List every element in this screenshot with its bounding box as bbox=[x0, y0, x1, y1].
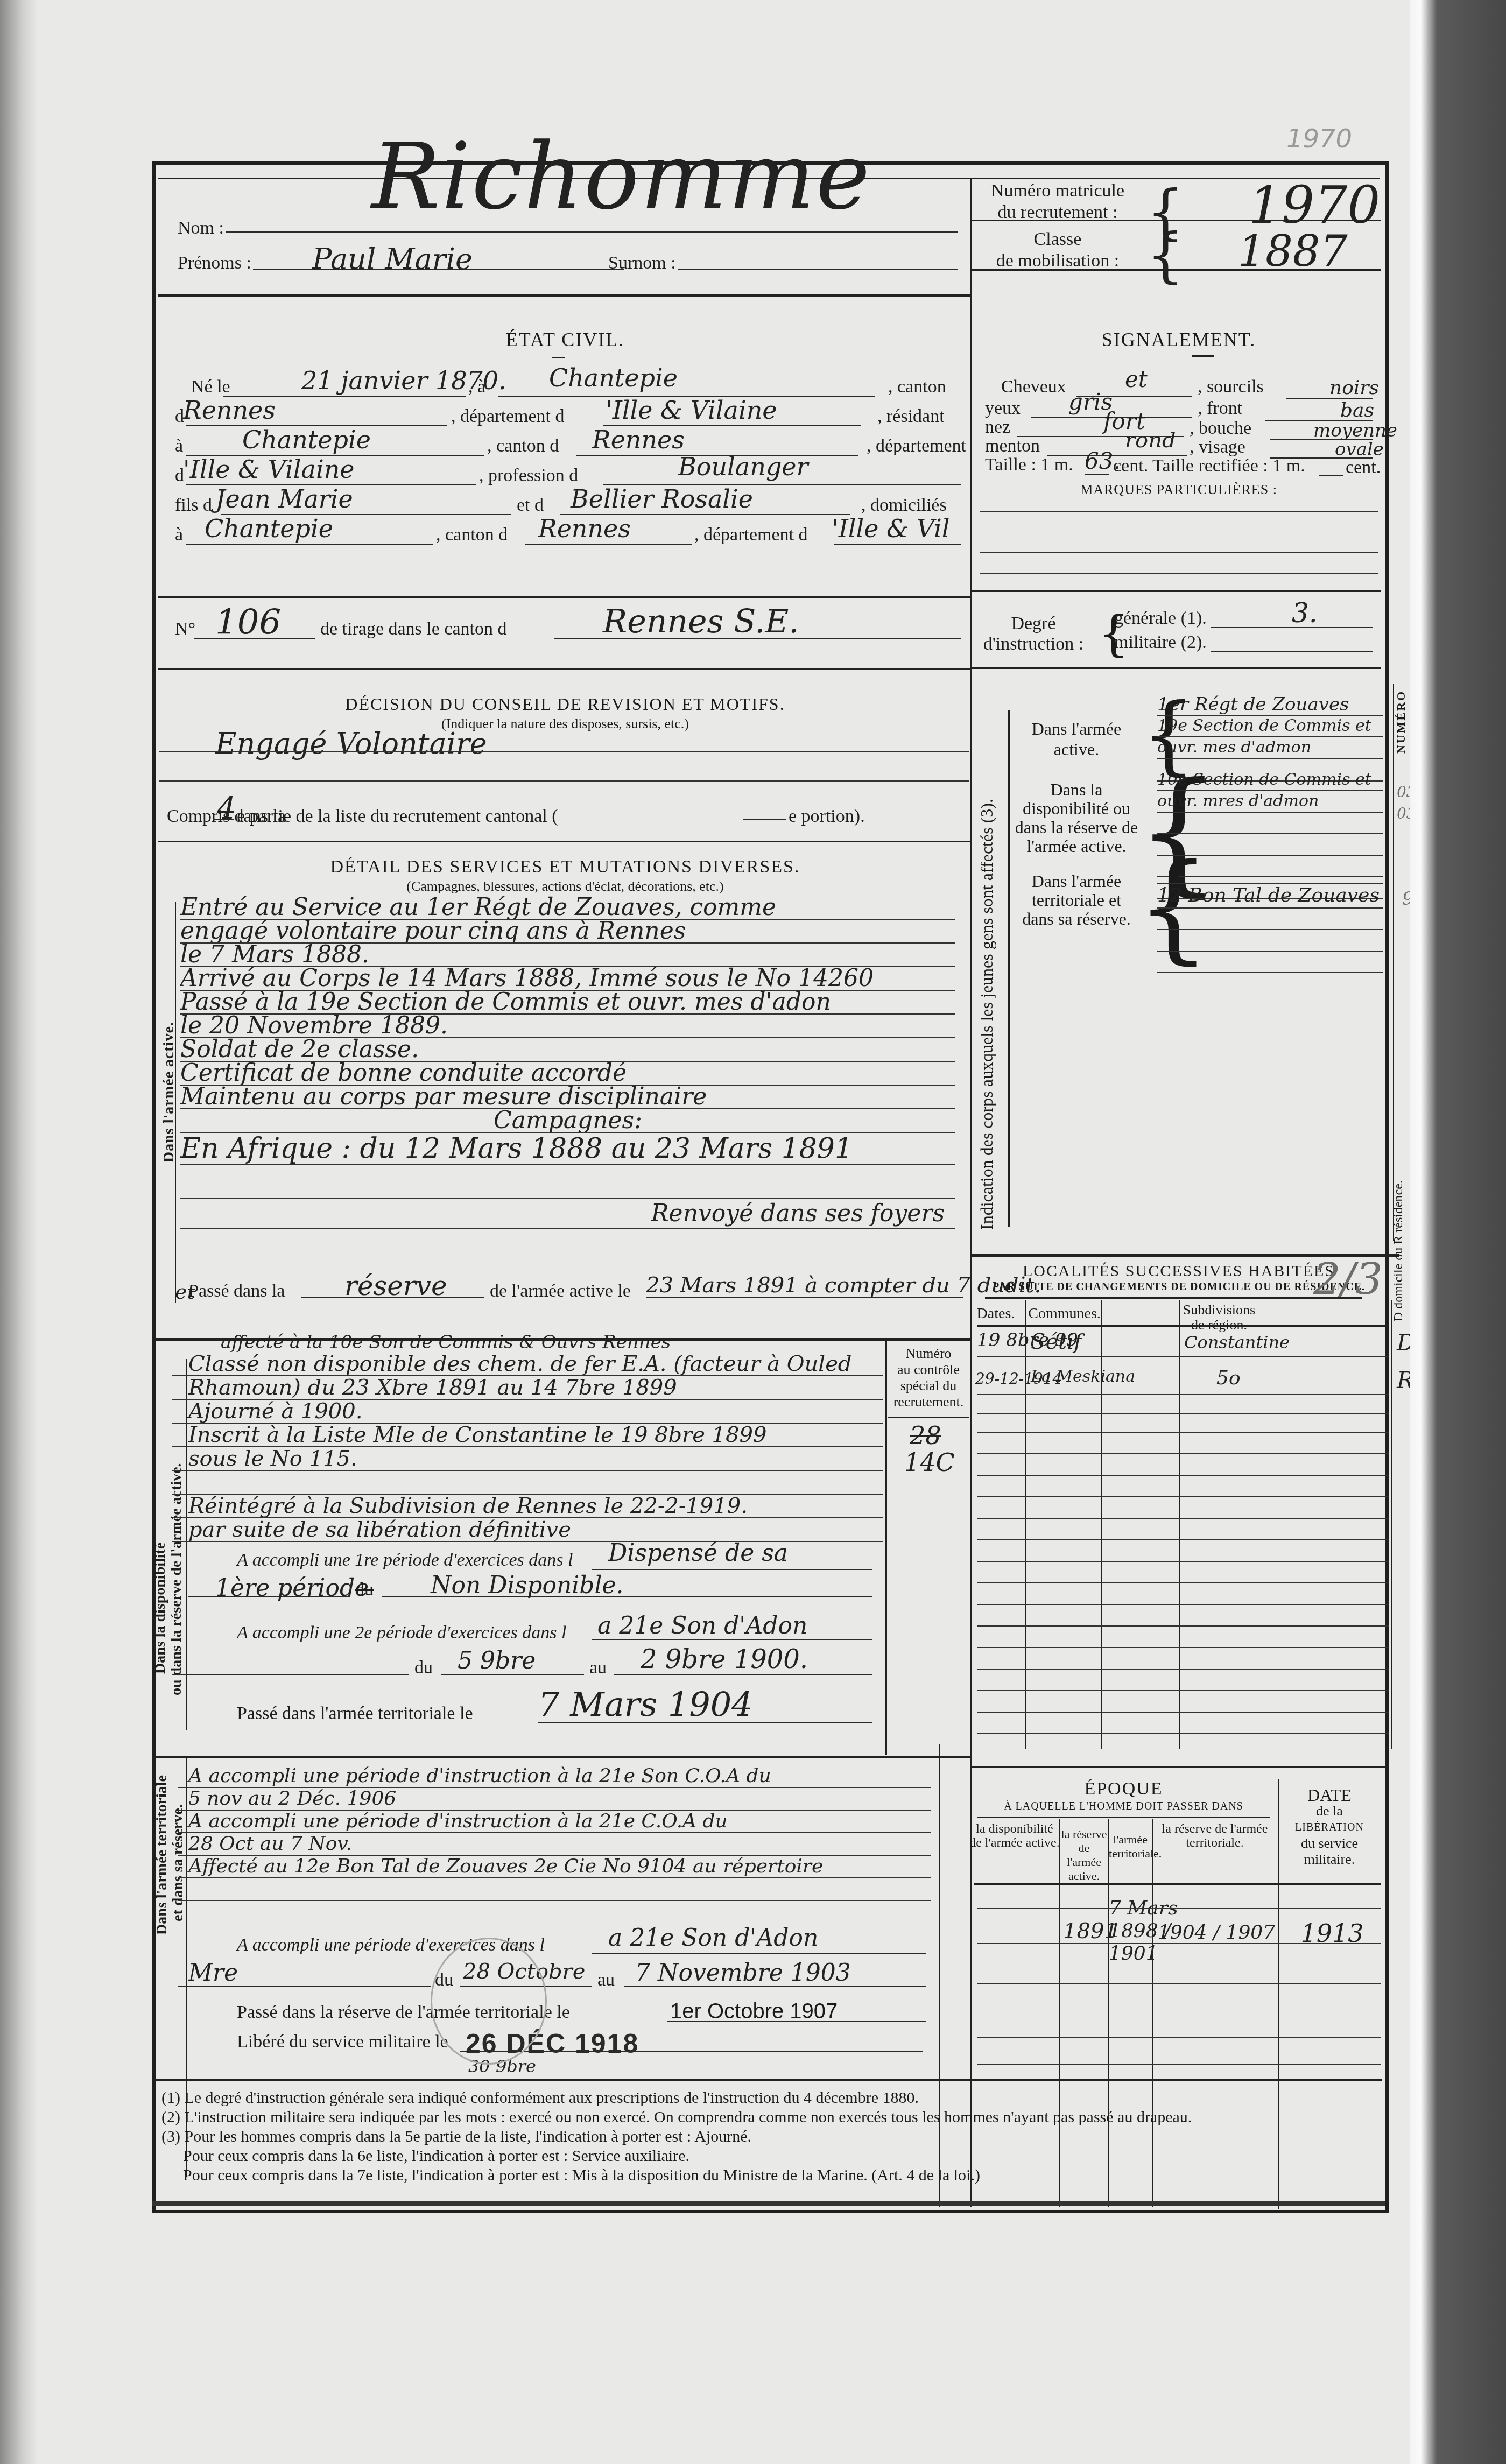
localites-row-line bbox=[977, 1413, 1389, 1414]
corps-territoriale-label: Dans l'armée territoriale et dans sa rés… bbox=[1015, 872, 1138, 928]
disponibilite-side-label-1: Dans la disponibilité bbox=[152, 1543, 169, 1674]
localites-communes-header: Communes. bbox=[1028, 1305, 1101, 1322]
footnote-3c: Pour ceux compris dans la 7e liste, l'in… bbox=[161, 2166, 1373, 2185]
localites-row-line bbox=[977, 1539, 1389, 1540]
classe-label: Classe de mobilisation : bbox=[977, 229, 1138, 272]
localites-row-line bbox=[977, 1432, 1389, 1433]
epoque-col-1-header: la disponibilité de l'armée active. bbox=[969, 1822, 1060, 1850]
epoque-row-line bbox=[977, 1943, 1381, 1944]
corps-side-label: Indication des corps auxquels les jeunes… bbox=[977, 799, 997, 1230]
conseil-bottom-rule bbox=[158, 841, 970, 842]
footnote-3b: Pour ceux compris dans la 6e liste, l'in… bbox=[161, 2146, 1373, 2166]
numero-controle-header-line: recrutement. bbox=[888, 1394, 969, 1410]
classe-brace: { bbox=[1146, 221, 1184, 290]
signalement-dash bbox=[1192, 355, 1214, 357]
corps-disponibilite-entry: 10e Section de Commis et bbox=[1157, 770, 1383, 791]
prenoms-value: Paul Marie bbox=[312, 242, 473, 276]
disponibilite-line: Classé non disponible des chem. de fer E… bbox=[172, 1353, 883, 1376]
canton3-label: , canton d bbox=[436, 525, 508, 545]
localites-col-divider-4 bbox=[1391, 1300, 1392, 1749]
localites-row-1-commune: Sétif bbox=[1031, 1329, 1098, 1354]
taille-rectifiee-line bbox=[1319, 475, 1343, 476]
periode2-blank-line bbox=[172, 1674, 409, 1675]
services-line: le 20 Novembre 1889. bbox=[180, 1015, 955, 1038]
taille-label: Taille : 1 m. bbox=[985, 455, 1073, 475]
column-divider bbox=[970, 178, 972, 2207]
surnom-line bbox=[678, 269, 958, 270]
compris-label-2: e partie de la liste du recrutement cant… bbox=[237, 806, 558, 827]
cheveux-value: et bbox=[1125, 366, 1148, 392]
tirage-numero-value: 106 bbox=[215, 603, 281, 643]
localites-row-line bbox=[977, 1475, 1389, 1476]
localites-row-2-date: 29-12-1914 bbox=[975, 1370, 1026, 1388]
domicilies-label: , domiciliés bbox=[861, 495, 947, 516]
territoriale-line: 28 Oct au 7 Nov. bbox=[178, 1833, 931, 1856]
corps-disponibilite-blank bbox=[1157, 813, 1383, 834]
territoriale-periode-value: a 21e Son d'Adon bbox=[608, 1924, 818, 1952]
signalement-heading: SIGNALEMENT. bbox=[974, 328, 1383, 351]
localites-subdivisions-header: Subdivisions de région. bbox=[1181, 1303, 1257, 1333]
visage-label: , visage bbox=[1190, 437, 1245, 457]
services-line: Entré au Service au 1er Régt de Zouaves,… bbox=[180, 896, 955, 920]
instruction-label-line1: Degré bbox=[980, 614, 1087, 634]
epoque-value-reserve-active: 1891 bbox=[1063, 1919, 1109, 1944]
corps-active-entry: 19e Section de Commis et bbox=[1157, 716, 1383, 737]
profession-label: , profession d bbox=[479, 466, 578, 486]
localites-type-header: D domicile ou R résidence. bbox=[1391, 1214, 1406, 1321]
nez-label: nez bbox=[985, 417, 1010, 438]
periode1-value: Dispensé de sa bbox=[608, 1539, 788, 1567]
nom-label: Nom : bbox=[178, 218, 224, 238]
passe-label2: de l'armée active le bbox=[490, 1281, 631, 1301]
tirage-canton-value: Rennes S.E. bbox=[603, 603, 799, 640]
disponibilite-lines: affecté à la 10e Son de Commis & Ouvrs R… bbox=[172, 1332, 883, 1542]
services-heading: DÉTAIL DES SERVICES ET MUTATIONS DIVERSE… bbox=[161, 857, 969, 877]
localites-row-line bbox=[977, 1712, 1389, 1713]
domicile-parents-value: Chantepie bbox=[205, 514, 333, 543]
controle-divider bbox=[885, 1340, 887, 1755]
localites-row-line bbox=[977, 1453, 1389, 1454]
instruction-generale-value: 3. bbox=[1292, 597, 1318, 629]
services-line: Passé à la 19e Section de Commis et ouvr… bbox=[180, 991, 955, 1015]
periode1-label: A accompli une 1re période d'exercices d… bbox=[237, 1550, 573, 1571]
numero-controle-rule bbox=[888, 1417, 969, 1418]
ne-le-label: Né le bbox=[191, 377, 230, 397]
disponibilite-line: Rhamoun) du 23 Xbre 1891 au 14 7bre 1899 bbox=[172, 1376, 883, 1400]
matricule-label: Numéro matricule du recrutement : bbox=[977, 180, 1138, 223]
territoriale-passe-date: 7 Mars 1904 bbox=[538, 1685, 753, 1724]
localites-flourish bbox=[985, 1297, 1362, 1299]
localites-row-line bbox=[977, 1690, 1389, 1691]
etat-civil-heading: ÉTAT CIVIL. bbox=[161, 328, 969, 351]
corps-territoriale-blank bbox=[1157, 930, 1383, 952]
localites-row-1-date: 19 8bre 99 bbox=[977, 1329, 1025, 1351]
tirage-label: de tirage dans le canton d bbox=[320, 619, 506, 639]
localites-row-line bbox=[977, 1582, 1389, 1583]
fils-label: fils d bbox=[175, 495, 212, 516]
departement-label: , département d bbox=[451, 406, 565, 427]
instruction-bottom-rule bbox=[972, 667, 1381, 669]
matricule-label-line1: Numéro matricule bbox=[977, 180, 1138, 202]
footnote-3: (3) Pour les hommes compris dans la 5e p… bbox=[161, 2127, 1373, 2146]
epoque-row-line bbox=[977, 2064, 1381, 2065]
disponibilite-line: affecté à la 10e Son de Commis & Ouvrs R… bbox=[172, 1332, 883, 1353]
front-value: bas bbox=[1340, 399, 1374, 421]
localites-row-2-subdivision: 5o bbox=[1216, 1367, 1241, 1389]
localites-row-line bbox=[977, 1394, 1389, 1395]
localites-bottom-rule bbox=[972, 1766, 1386, 1768]
page-pencil-number: 1970 bbox=[1286, 124, 1352, 154]
footnote-1: (1) Le degré d'instruction générale sera… bbox=[161, 2088, 1373, 2108]
page-binding bbox=[0, 0, 38, 2464]
periode2-du-label: du bbox=[414, 1658, 433, 1678]
partie-value: 4 bbox=[217, 791, 236, 826]
territoriale-periode-line2-value: Mre bbox=[188, 1959, 238, 1987]
localites-row-line bbox=[977, 1496, 1389, 1497]
services-line: En Afrique : du 12 Mars 1888 au 23 Mars … bbox=[180, 1132, 955, 1165]
territoriale-line: Affecté au 12e Bon Tal de Zouaves 2e Cie… bbox=[178, 1856, 931, 1878]
territoriale-lines: A accompli une période d'instruction à l… bbox=[178, 1765, 931, 1901]
marques-line-2 bbox=[980, 552, 1378, 553]
epoque-flourish bbox=[977, 1817, 1270, 1818]
epoque-header-rule bbox=[974, 1883, 1381, 1885]
liberation-header-line: de la bbox=[1281, 1803, 1378, 1819]
sourcils-label: , sourcils bbox=[1198, 377, 1264, 397]
services-line: Certificat de bonne conduite accordé bbox=[180, 1062, 955, 1086]
canton-label: , canton bbox=[888, 377, 946, 397]
services-subheading: (Campagnes, blessures, actions d'éclat, … bbox=[161, 878, 969, 895]
periode1-line bbox=[592, 1569, 872, 1570]
liberation-header-line: LIBÉRATION bbox=[1281, 1819, 1378, 1835]
tirage-no-label: N° bbox=[175, 619, 195, 639]
numero-controle-header-line: au contrôle bbox=[888, 1362, 969, 1378]
taille-cent-label: cent. Taille rectifiée : 1 m. bbox=[1113, 456, 1305, 476]
nom-value: Richomme bbox=[371, 124, 871, 230]
classe-label-line1: Classe bbox=[977, 229, 1138, 250]
numero-repertoire-header-1: NUMÉRO bbox=[1394, 690, 1408, 754]
classe-rule bbox=[972, 269, 1381, 271]
disponibilite-line: Réintégré à la Subdivision de Rennes le … bbox=[172, 1495, 883, 1518]
departement-parents-value: 'Ille & Vil bbox=[832, 514, 950, 543]
periode1-du-label: du bbox=[355, 1580, 374, 1600]
visage-value: ovale bbox=[1335, 439, 1384, 460]
marques-line-3 bbox=[980, 573, 1378, 574]
numero-controle-header-line: Numéro bbox=[888, 1346, 969, 1362]
localites-col-divider-3 bbox=[1179, 1300, 1180, 1749]
conseil-line-1 bbox=[159, 751, 969, 752]
localites-row-1-subdivision: Constantine bbox=[1184, 1332, 1281, 1353]
instruction-militaire-label: militaire (2). bbox=[1114, 632, 1207, 653]
corps-territoriale-blank bbox=[1157, 867, 1383, 884]
instruction-militaire-line bbox=[1211, 651, 1373, 652]
canton-parents-value: Rennes bbox=[538, 514, 631, 543]
compris-label-3: e portion). bbox=[789, 806, 865, 827]
localites-row-line bbox=[977, 1647, 1389, 1648]
territoriale-periode-line bbox=[592, 1953, 926, 1954]
disponibilite-bottom-rule bbox=[152, 1756, 970, 1758]
canton2-label: , canton d bbox=[487, 436, 559, 456]
epoque-col-3-header: l'armée territoriale. bbox=[1109, 1833, 1152, 1861]
corps-disponibilite-label: Dans la disponibilité ou dans la réserve… bbox=[1012, 780, 1141, 856]
localites-dates-header: Dates. bbox=[963, 1305, 1028, 1322]
epoque-col-4-header: la réserve de l'armée territoriale. bbox=[1153, 1822, 1277, 1850]
a3-label: à bbox=[175, 525, 183, 545]
cheveux-label: Cheveux bbox=[1001, 377, 1066, 397]
bouche-value: moyenne bbox=[1313, 420, 1397, 441]
mere-value: Bellier Rosalie bbox=[571, 484, 753, 513]
residence-value: Chantepie bbox=[242, 425, 371, 454]
numero-controle-header: Numéro au contrôle spécial du recrutemen… bbox=[888, 1346, 969, 1410]
territoriale-blank-line bbox=[178, 1878, 931, 1901]
a-label: , à bbox=[468, 377, 485, 397]
services-line: Campagnes: bbox=[180, 1109, 955, 1132]
epoque-value-reserve-territoriale: 1904 / 1907 bbox=[1157, 1921, 1276, 1944]
register-page: 1970 Nom : Richomme Prénoms : Paul Marie… bbox=[0, 0, 1410, 2464]
liberation-header-line: militaire. bbox=[1281, 1851, 1378, 1868]
profession-value: Boulanger bbox=[678, 452, 808, 481]
passe-value: réserve bbox=[344, 1270, 447, 1301]
departement-parents-line bbox=[834, 544, 961, 545]
front-label: , front bbox=[1198, 398, 1242, 419]
localites-row-line bbox=[977, 1733, 1389, 1734]
departement2-label: , département bbox=[867, 436, 966, 456]
periode2-au-label: au bbox=[589, 1658, 607, 1678]
corps-disponibilite-entry: ouvr. mres d'admon bbox=[1157, 791, 1383, 813]
epoque-row-line bbox=[977, 1983, 1381, 1984]
surnom-label: Surnom : bbox=[608, 253, 676, 273]
page-bottom-border bbox=[152, 2201, 1385, 2206]
numero-controle-value-2: 14C bbox=[904, 1448, 955, 1477]
epoque-row-line bbox=[977, 1908, 1381, 1909]
localites-header-rule bbox=[977, 1325, 1389, 1327]
pere-value: Jean Marie bbox=[215, 484, 353, 513]
departement3-label: , département d bbox=[694, 525, 808, 545]
corps-side-bracket bbox=[1008, 710, 1010, 1227]
periode1-line2b-value: Non Disponible. bbox=[431, 1572, 624, 1599]
disponibilite-line: sous le No 115. bbox=[172, 1447, 883, 1471]
scanner-shadow bbox=[1410, 0, 1506, 2464]
instruction-label-line2: d'instruction : bbox=[980, 634, 1087, 654]
et-label: et d bbox=[517, 495, 544, 516]
identity-bottom-rule bbox=[158, 294, 970, 297]
territoriale-side-label-1: Dans l'armée territoriale bbox=[153, 1775, 171, 1935]
instruction-generale-label: générale (1). bbox=[1114, 608, 1207, 629]
canton-residence-value: Rennes bbox=[592, 425, 685, 454]
residant-label: , résidant bbox=[877, 406, 945, 427]
localites-col-divider-1 bbox=[1025, 1300, 1026, 1749]
domicile-parents-line bbox=[186, 544, 433, 545]
services-line: Renvoyé dans ses foyers bbox=[180, 1199, 955, 1229]
epoque-row-line bbox=[977, 2037, 1381, 2038]
epoque-col-2-header: la réserve de l'armée active. bbox=[1060, 1827, 1108, 1883]
numero-controle-header-line: spécial du bbox=[888, 1378, 969, 1394]
services-line: Maintenu au corps par mesure disciplinai… bbox=[180, 1086, 955, 1109]
marques-heading: MARQUES PARTICULIÈRES : bbox=[974, 482, 1383, 498]
localites-row-line bbox=[977, 1561, 1389, 1562]
departement-residence-value: 'Ille & Vilaine bbox=[183, 455, 354, 484]
yeux-label: yeux bbox=[985, 398, 1021, 419]
corps-numero-divider bbox=[1393, 684, 1394, 1241]
territoriale-passe-label: Passé dans l'armée territoriale le bbox=[237, 1703, 473, 1724]
corps-territoriale-blank bbox=[1157, 952, 1383, 973]
liberation-header-line: du service bbox=[1281, 1835, 1378, 1851]
localites-row-line bbox=[977, 1604, 1389, 1605]
departement-value: 'Ille & Vilaine bbox=[606, 396, 777, 425]
corps-territoriale-entries: 12 Bon Tal de Zouaves bbox=[1157, 867, 1383, 973]
round-stamp bbox=[431, 1938, 547, 2065]
localites-row-line bbox=[977, 1356, 1389, 1357]
territoriale-reserve-date: 1er Octobre 1907 bbox=[670, 2000, 838, 2024]
territoriale-line: A accompli une période d'instruction à l… bbox=[178, 1811, 931, 1833]
numero-controle-value-1: 28 bbox=[910, 1421, 941, 1450]
corps-active-label: Dans l'armée active. bbox=[1015, 719, 1138, 759]
periode2-label: A accompli une 2e période d'exercices da… bbox=[237, 1623, 566, 1643]
localites-row-line bbox=[977, 1625, 1389, 1627]
territoriale-periode-to: 7 Novembre 1903 bbox=[635, 1959, 851, 1987]
periode2-from: 5 9bre bbox=[458, 1647, 536, 1674]
passe-label: Passé dans la bbox=[188, 1281, 285, 1301]
lieu-naissance-value: Chantepie bbox=[549, 363, 678, 392]
territoriale-periode-au-label: au bbox=[597, 1970, 615, 1990]
conseil-decision: Engagé Volontaire bbox=[215, 727, 487, 761]
conseil-heading: DÉCISION DU CONSEIL DE REVISION ET MOTIF… bbox=[161, 694, 969, 714]
services-line: engagé volontaire pour cinq ans à Rennes bbox=[180, 920, 955, 944]
cent-label: cent. bbox=[1346, 457, 1381, 478]
classe-label-line2: de mobilisation : bbox=[977, 250, 1138, 272]
canton-parents-line bbox=[525, 544, 692, 545]
services-lines: Entré au Service au 1er Régt de Zouaves,… bbox=[180, 896, 955, 1229]
a2-label: à bbox=[175, 436, 183, 456]
liberation-header: DATE de la LIBÉRATION du service militai… bbox=[1281, 1787, 1378, 1868]
canton-value: Rennes bbox=[183, 396, 276, 425]
menton-value: rond bbox=[1125, 428, 1176, 453]
disponibilite-line bbox=[172, 1471, 883, 1495]
marques-line-1 bbox=[980, 511, 1378, 512]
top-inner-rule bbox=[158, 178, 1380, 179]
corps-territoriale-entry: 12 Bon Tal de Zouaves bbox=[1157, 884, 1383, 909]
localites-row-line bbox=[977, 1518, 1389, 1519]
periode2-value: a 21e Son d'Adon bbox=[597, 1612, 807, 1639]
epoque-subheading: À LAQUELLE L'HOMME DOIT PASSER DANS bbox=[972, 1800, 1276, 1813]
tirage-bottom-rule bbox=[158, 668, 970, 670]
bouche-label: , bouche bbox=[1190, 418, 1251, 439]
services-line: Soldat de 2e classe. bbox=[180, 1038, 955, 1062]
prenoms-label: Prénoms : bbox=[178, 253, 251, 273]
localites-row-2-commune: La Meskiana bbox=[1031, 1367, 1101, 1386]
instruction-label: Degré d'instruction : bbox=[980, 614, 1087, 654]
libere-label: Libéré du service militaire le bbox=[237, 2032, 448, 2052]
disponibilite-line: Inscrit à la Liste Mle de Constantine le… bbox=[172, 1424, 883, 1447]
services-bracket bbox=[175, 902, 176, 1303]
localites-row-line bbox=[977, 1669, 1389, 1670]
territoriale-line: 5 nov au 2 Déc. 1906 bbox=[178, 1788, 931, 1811]
form-bottom-rule bbox=[152, 2079, 1382, 2081]
footnote-2: (2) L'instruction militaire sera indiqué… bbox=[161, 2108, 1373, 2127]
portion-line bbox=[743, 819, 786, 820]
etat-civil-bottom-rule bbox=[158, 596, 970, 598]
sourcils-value: noirs bbox=[1329, 377, 1379, 399]
corps-territoriale-blank bbox=[1157, 909, 1383, 930]
liberation-header-line: DATE bbox=[1281, 1787, 1378, 1803]
etat-civil-dash bbox=[552, 357, 565, 358]
periode1-line2a-value: 1ère période bbox=[215, 1574, 369, 1602]
services-line bbox=[180, 1165, 955, 1199]
footnotes: (1) Le degré d'instruction générale sera… bbox=[161, 2088, 1373, 2185]
territoriale-line: A accompli une période d'instruction à l… bbox=[178, 1765, 931, 1788]
services-line: Arrivé au Corps le 14 Mars 1888, Immé so… bbox=[180, 967, 955, 991]
periode2-to: 2 9bre 1900. bbox=[641, 1644, 808, 1674]
disponibilite-line: par suite de sa libération définitive bbox=[172, 1518, 883, 1542]
marques-bottom-rule bbox=[972, 590, 1381, 592]
menton-label: menton bbox=[985, 436, 1040, 456]
services-line: le 7 Mars 1888. bbox=[180, 944, 955, 967]
corps-active-entry: 1er Régt de Zouaves bbox=[1157, 694, 1383, 716]
conseil-line-2 bbox=[159, 780, 969, 782]
disponibilite-line: Ajourné à 1900. bbox=[172, 1400, 883, 1424]
epoque-heading: ÉPOQUE bbox=[972, 1779, 1276, 1799]
nom-line bbox=[226, 231, 958, 233]
